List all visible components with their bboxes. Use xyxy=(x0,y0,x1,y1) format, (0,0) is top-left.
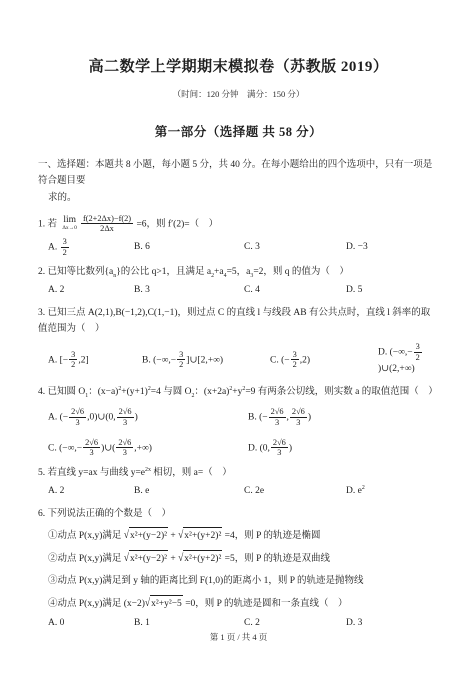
question-4-body: 4. 已知圆 O1：(x−a)2+(y+1)2=4 与圆 O2：(x+2a)2+… xyxy=(38,384,439,400)
question-3: 3. 已知三点 A(2,1),B(−1,2),C(1,−1)，则过点 C 的直线… xyxy=(38,305,439,377)
question-1: 1. 若 limΔx→0f(2+2Δx)−f(2)2Δx =6，则 f′(2)=… xyxy=(38,214,439,257)
question-5: 5. 若直线 y=ax 与曲线 y=e2x 相切，则 a=（ ） A. 2 B.… xyxy=(38,465,439,499)
question-3-options: A. [−32,2] B. (−∞,−32]∪[2,+∞) C. (−32,2)… xyxy=(48,342,439,377)
question-6-option-b: B. 1 xyxy=(134,616,244,631)
question-5-option-a: A. 2 xyxy=(48,484,134,499)
question-6-body: 6. 下列说法正确的个数是（ ） xyxy=(38,506,439,522)
question-4-option-d: D. (0,2√63) xyxy=(248,438,439,458)
question-5-option-b: B. e xyxy=(134,484,244,499)
question-4-options: A. (−2√63,0)∪(0,2√63) B. (−2√63,2√63) C.… xyxy=(48,407,439,457)
question-2-options: A. 2 B. 3 C. 4 D. 5 xyxy=(48,283,439,298)
question-2-body: 2. 已知等比数列{an}的公比 q>1，且满足 a2+a4=5，a3=2，则 … xyxy=(38,264,439,280)
section-heading: 第一部分（选择题 共 58 分） xyxy=(38,123,439,142)
question-1-option-a: A. 32 xyxy=(48,237,134,257)
exam-info: （时间：120 分钟 满分：150 分） xyxy=(38,88,439,101)
question-5-options: A. 2 B. e C. 2e D. e2 xyxy=(48,484,439,499)
question-3-option-d: D. (−∞,−32)∪(2,+∞) xyxy=(378,342,439,377)
question-2-option-c: C. 4 xyxy=(244,283,346,298)
question-6-option-a: A. 0 xyxy=(48,616,134,631)
intro-line-1: 一、选择题：本题共 8 小题，每小题 5 分，共 40 分。在每小题给出的四个选… xyxy=(38,157,439,190)
question-3-option-a: A. [−32,2] xyxy=(48,350,142,370)
question-1-options: A. 32 B. 6 C. 3 D. −3 xyxy=(48,237,439,257)
question-6-statement-2: ②动点 P(x,y)满足 √x²+(y−2)² + √x²+(y+2)² =5，… xyxy=(48,550,439,568)
choice-section-intro: 一、选择题：本题共 8 小题，每小题 5 分，共 40 分。在每小题给出的四个选… xyxy=(38,157,439,207)
question-6-statement-4: ④动点 P(x,y)满足 (x−2)√x²+y²−5 =0，则 P 的轨迹是圆和… xyxy=(48,595,439,613)
question-1-option-c: C. 3 xyxy=(244,240,346,255)
question-6: 6. 下列说法正确的个数是（ ） ①动点 P(x,y)满足 √x²+(y−2)²… xyxy=(38,506,439,631)
question-1-body: 1. 若 limΔx→0f(2+2Δx)−f(2)2Δx =6，则 f′(2)=… xyxy=(38,214,439,234)
question-3-body: 3. 已知三点 A(2,1),B(−1,2),C(1,−1)，则过点 C 的直线… xyxy=(38,305,439,337)
question-6-option-c: C. 2 xyxy=(244,616,346,631)
question-4-option-a: A. (−2√63,0)∪(0,2√63) xyxy=(48,407,248,427)
question-2-option-a: A. 2 xyxy=(48,283,134,298)
question-3-option-b: B. (−∞,−32]∪[2,+∞) xyxy=(142,350,270,370)
question-2: 2. 已知等比数列{an}的公比 q>1，且满足 a2+a4=5，a3=2，则 … xyxy=(38,264,439,298)
question-5-body: 5. 若直线 y=ax 与曲线 y=e2x 相切，则 a=（ ） xyxy=(38,465,439,481)
question-1-option-d: D. −3 xyxy=(346,240,439,255)
question-4-option-b: B. (−2√63,2√63) xyxy=(248,407,439,427)
exam-page: 高二数学上学期期末模拟卷（苏教版 2019） （时间：120 分钟 满分：150… xyxy=(0,0,475,673)
question-6-statement-3: ③动点 P(x,y)满足到 y 轴的距离比到 F(1,0)的距离小 1，则 P … xyxy=(48,573,439,590)
question-5-option-d: D. e2 xyxy=(346,484,439,499)
question-4-option-c: C. (−∞,−2√63)∪(2√63,+∞) xyxy=(48,438,248,458)
question-2-option-d: D. 5 xyxy=(346,283,439,298)
question-6-option-d: D. 3 xyxy=(346,616,439,631)
question-2-option-b: B. 3 xyxy=(134,283,244,298)
question-1-option-b: B. 6 xyxy=(134,240,244,255)
question-5-option-c: C. 2e xyxy=(244,484,346,499)
intro-line-2: 求的。 xyxy=(38,190,439,207)
question-3-option-c: C. (−32,2) xyxy=(270,350,378,370)
question-6-options: A. 0 B. 1 C. 2 D. 3 xyxy=(48,616,439,631)
page-number: 第 1 页 / 共 4 页 xyxy=(38,631,439,644)
page-title: 高二数学上学期期末模拟卷（苏教版 2019） xyxy=(38,56,439,79)
question-6-statement-1: ①动点 P(x,y)满足 √x²+(y−2)² + √x²+(y+2)² =4，… xyxy=(48,527,439,545)
question-4: 4. 已知圆 O1：(x−a)2+(y+1)2=4 与圆 O2：(x+2a)2+… xyxy=(38,384,439,458)
